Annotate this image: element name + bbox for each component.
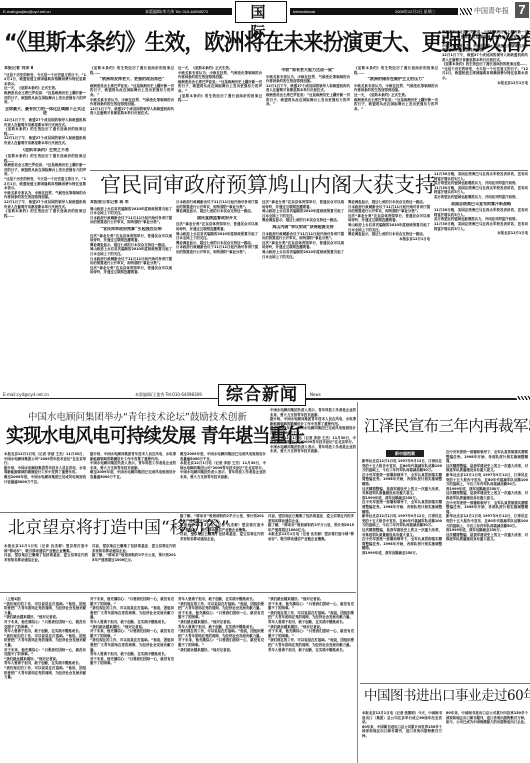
paragraph: 中欧关系专家认为，中欧在经贸、气候变化等领域的合作将因条约的生效而得到加强。: [90, 98, 174, 107]
lisbon-col-4: 中欧“将有更大能力达成一致” 中欧关系专家认为，中欧在经贸、气候变化等领域的合作…: [266, 66, 350, 168]
section-label-en: International: [293, 8, 315, 15]
lisbon-col-6: 欧洲委员会主席巴罗佐说：“这是欧洲历史上翻开新一页的日子，欧盟将从此在国际舞台上…: [442, 30, 528, 168]
japan-col-2: 日本政府行政刷新会议于11月11日起开始对各省厅提出的预算进行公开审议，即所谓的…: [176, 200, 258, 378]
bottom-header-line-right: [306, 398, 516, 400]
paragraph: 截至2009年底，中国水电顾问集团已完成风电规划设计容量逾5000万千瓦。: [180, 452, 266, 461]
paragraph: 12月1日下午，欧盟27个成员国的领导人和欧盟机构负责人在葡萄牙首都里斯本举行庆…: [266, 84, 350, 93]
paragraph: “我们现在的工作，可以说是在打基础。”他说，团组织要把广大青年团结在党的周围，为…: [4, 602, 86, 616]
paragraph: 这次“事业分类”在东京体育馆举行，普通民众可以现场旁听，并通过互联网直播观看。: [90, 266, 172, 275]
paragraph: 新华社北京12月1日电 1997年9月12日，江泽民在党的十五大报告中宣布，在8…: [362, 459, 442, 473]
youth-col-1: （上接1版） “我们现在的工作，可以说是在打基础。”他说，团组织要把广大青年团结…: [4, 597, 86, 763]
paragraph: 12月1日下午，欧盟27个成员国的领导人和欧盟机构负责人在葡萄牙首都里斯本举行庆…: [4, 118, 86, 127]
paragraph: 这次“事业分类”在东京体育馆举行，普通民众可以现场旁听，并通过互联网直播观看。: [262, 200, 344, 209]
paragraph: 本报北京12月1日电（记者 李剑 王杰）11月30日，中国水电顾问集团公司“20…: [4, 452, 86, 466]
paragraph: 目前，望京地区已聚集了包括诺基亚、爱立信等在内的多家知名移动通信企业。: [268, 514, 354, 523]
paragraph: 对于未来，他充满信心：“只要我们团结一心，就没有克服不了的困难。”: [268, 629, 354, 638]
paragraph: 欧洲委员会主席巴罗佐说：“这是欧洲历史上翻开新一页的日子，欧盟将从此在国际舞台上…: [266, 93, 350, 107]
paragraph: 日本政府行政刷新会议于11月11日起开始对各省厅提出的预算进行公开审议，即所谓的…: [90, 257, 172, 266]
book-col-2: 60年来，中国图书进出口总公司累计向世界150多个国家和地区出口图书期刊，进口各…: [446, 711, 528, 763]
paragraph: 在中央军委统一部署和领导下，全军认真贯彻落实精简整编任务。1998年开始，各部队…: [446, 450, 528, 464]
paragraph: 日本政府行政刷新会议于11月11日起开始对各省厅提出的预算进行公开审议，即所谓的…: [176, 245, 258, 254]
paragraph: 中欧关系专家认为，中欧在经贸、气候变化等领域的合作将因条约的生效而得到加强。: [178, 71, 262, 80]
paragraph: “这是个历史的转变，今天是一个历史意义的日子。”12月1日，欧盟轮值主席国瑞典首…: [442, 67, 528, 81]
paragraph: 据介绍，中国水电顾问集团青年技术人员在风电、水电等新能源领域的勘测设计工作中发挥…: [4, 466, 86, 475]
paragraph: 《里斯本条约》的生效经历了漫长而曲折的批准过程……: [90, 66, 174, 75]
book-col-1: 本报北京12月1日电（记者 张黎明）今天，中国图书进出口（集团）总公司在京举行成…: [362, 711, 442, 763]
paragraph: 对于未来，他充满信心：“只要我们团结一心，就没有克服不了的困难。”: [90, 629, 174, 638]
japan-subhead-3: 鸠山内阁“审议财政”获得超高支持: [262, 225, 344, 230]
paragraph: 60年来，中国图书进出口总公司累计向世界150多个国家和地区出口图书期刊，进口各…: [362, 725, 442, 739]
paragraph: 这次精简整编，是我军建设史上的又一次重大改革，对推进军队质量建设具有重大意义。: [446, 491, 528, 500]
jiang-headline: 江泽民宣布三年内再裁军50万: [364, 415, 530, 437]
book-headline: 中国图书进出口事业走过60年: [364, 686, 530, 706]
page-number: 7: [515, 2, 529, 18]
japan-subhead-1: “官民同审政府预算”引起强烈反响: [90, 227, 172, 232]
top-email: E-mail:guojibu@cyd.net.cn: [3, 8, 51, 15]
japan-headline-right: 鸠山内阁大获支持: [268, 172, 436, 198]
lisbon-byline: 本报记者 刘洋 Ⅱ: [4, 66, 86, 71]
hydropower-col-3: 截至2009年底，中国水电顾问集团已完成风电规划设计容量逾5000万千瓦。 本报…: [180, 452, 266, 510]
paragraph: 青年人要勇于担当，敢于创新，在实践中锻炼成长。: [268, 648, 354, 653]
paragraph: 据了解，“移动谷”规划面积约2平方公里，预计到2015年产值将超过1000亿元。: [92, 553, 176, 562]
japan-col-3: 这次“事业分类”在东京体育馆举行，普通民众可以现场旁听，并通过互联网直播观看。 …: [262, 200, 344, 378]
paragraph: 《里斯本条约》的生效经历了漫长而曲折的批准过程……: [4, 209, 86, 218]
paragraph: 据介绍，中国水电顾问集团青年技术人员在风电、水电等新能源领域的勘测设计工作中发挥…: [90, 452, 176, 461]
paragraph: “这是个历史的转变，今天是一个历史意义的日子。”12月1日，欧盟轮值主席国瑞典首…: [4, 177, 86, 191]
paragraph: 12月1日下午，欧盟27个成员国的领导人和欧盟机构负责人在葡萄牙首都里斯本举行庆…: [4, 200, 86, 209]
paragraph: “我们就会越来越好。”他对记者说。: [178, 648, 264, 653]
japan-subhead-2: 国民直接监督政府开支: [176, 216, 258, 221]
paragraph: 鸠山政府上台后首次编制的2010年度财政预算引起了日本全国上下的关注。: [90, 247, 172, 256]
paragraph: 在中央军委统一部署和领导下，全军认真贯彻落实精简整编任务。1998年开始，各部队…: [446, 501, 528, 515]
lisbon-subhead-5: “欧洲的储存在维护主义的压力”: [354, 77, 438, 82]
hydropower-col-2: 据介绍，中国水电顾问集团青年技术人员在风电、水电等新能源领域的勘测设计工作中发挥…: [90, 452, 176, 510]
paragraph: 欧洲委员会主席巴罗佐说：“这是欧洲历史上翻开新一页的日子，欧盟将从此在国际舞台上…: [4, 91, 86, 105]
paragraph: 本报北京12月1日电（记者 李剑 王杰）11月30日，中国水电顾问集团公司“20…: [180, 461, 266, 470]
paragraph: 目前，望京地区已聚集了包括诺基亚、爱立信等在内的多家知名移动通信企业。: [180, 532, 264, 541]
paragraph: 本报北京12月1日电（记者 沈杰群）望京将打造中国“移动谷”，吸引移动通信产业链…: [4, 544, 88, 553]
paragraph: 欧洲委员会主席巴罗佐说：“这是欧洲历史上翻开新一页的日子，欧盟将从此在国际舞台上…: [90, 84, 174, 98]
lisbon-col-5: 《里斯本条约》的生效经历了漫长而曲折的批准过程…… “欧洲的储存在维护主义的压力…: [354, 66, 438, 168]
paragraph: 日本政府行政刷新会议于11月11日起开始对各省厅提出的预算进行公开审议，即所谓的…: [176, 200, 258, 209]
paragraph: 本报北京12月1日电（记者 沈杰群）望京将打造中国“移动谷”，吸引移动通信产业链…: [180, 523, 264, 532]
paragraph: 鸠山政府上台后首次编制的2010年度财政预算引起了日本全国上下的关注。: [262, 250, 344, 259]
bottom-header-line: [0, 398, 218, 399]
paragraph: 这次“事业分类”在东京体育馆举行，普通民众可以现场旁听，并通过互联网直播观看。: [90, 234, 172, 243]
paragraph: 对于未来，他充满信心：“只要我们团结一心，就没有克服不了的困难。”: [178, 638, 264, 647]
paragraph: 欧洲委员会主席巴罗佐说：“这是欧洲历史上翻开新一页的日子，欧盟将从此在国际舞台上…: [178, 80, 262, 94]
lisbon-col-1: 本报记者 刘洋 Ⅱ “这是个历史的转变，今天是一个历史意义的日子。”12月1日，…: [4, 66, 86, 378]
paragraph: 据介绍，中国水电顾问集团青年技术人员在风电、水电等新能源领域的勘测设计工作中发挥…: [270, 417, 356, 426]
paragraph: 据了解，“移动谷”规划面积约2平方公里，预计到2015年产值将超过1000亿元。: [268, 523, 354, 532]
paragraph: 日本政府行政刷新会议于11月11日起开始对各省厅提出的预算进行公开审议，即所谓的…: [348, 205, 430, 214]
paragraph: 这次“事业分类”在东京体育馆举行，普通民众可以现场旁听，并通过互联网直播观看。: [176, 222, 258, 231]
paragraph: 截至2009年底，中国水电顾问集团已完成风电规划设计容量逾5000万千瓦。: [4, 475, 86, 484]
paragraph: 目前，望京地区已聚集了包括诺基亚、爱立信等在内的多家知名移动通信企业。: [4, 553, 88, 562]
hatch-decoration: [460, 8, 472, 15]
paragraph: 如今，公司已成为中国规模最大的出版物进出口企业。: [446, 720, 528, 725]
paragraph: 青年人要勇于担当，敢于创新，在实践中锻炼成长。: [90, 620, 174, 625]
paragraph: 12月1日下午，欧盟27个成员国的领导人和欧盟机构负责人在葡萄牙首都里斯本举行庆…: [442, 53, 528, 62]
paragraph: 中欧关系专家认为，中欧在经贸、气候变化等领域的合作将因条约的生效而得到加强。: [4, 191, 86, 200]
paragraph: 这次精简整编，是我军建设史上的又一次重大改革，对推进军队质量建设具有重大意义。: [362, 528, 442, 537]
paragraph: 日本政府行政刷新会议于11月11日起开始对各省厅提出的预算进行公开审议，即所谓的…: [262, 232, 344, 241]
section-label-international: 国 际: [235, 1, 287, 23]
paragraph: 在中央军委统一部署和领导下，全军认真贯彻落实精简整编任务。1998年开始，各部队…: [362, 500, 442, 514]
japan-credit: 本报东京12月1日电: [348, 237, 430, 242]
paragraph: 中国水电顾问集团负责人表示，青年科技工作者是企业的未来，要大力支持青年技术创新。: [270, 408, 356, 417]
paragraph: 中欧关系专家认为，中欧在经贸、气候变化等领域的合作将因条约的生效而得到加强。: [354, 84, 438, 93]
hydropower-col-1: 本报北京12月1日电（记者 李剑 王杰）11月30日，中国水电顾问集团公司“20…: [4, 452, 86, 510]
jiang-col-2: 在中央军委统一部署和领导下，全军认真贯彻落实精简整编任务。1998年开始，各部队…: [446, 450, 528, 681]
page-date: 2009年12月2日 星期三: [395, 8, 436, 15]
hydropower-headline: 实现水电风电可持续发展 青年堪当重任: [6, 424, 304, 448]
paragraph: 这次精简整编，是我军建设史上的又一次重大改革，对推进军队质量建设具有重大意义。: [446, 533, 528, 542]
paragraph: 到1999年底，我军员额减至250万。: [362, 551, 442, 556]
paragraph: 对于未来，他充满信心：“只要我们团结一心，就没有克服不了的困难。”: [4, 648, 86, 657]
lisbon-subhead-1: 全球最大、最有权力的一体化区域踏下正式迈进: [4, 107, 86, 116]
afghan-credit: 本报北京12月1日电: [434, 231, 528, 236]
paragraph: 欧洲委员会主席巴罗佐说：“这是欧洲历史上翻开新一页的日子，欧盟将从此在国际舞台上…: [442, 30, 528, 44]
paragraph: 这次精简整编，是我军建设史上的又一次重大改革，对推进军队质量建设具有重大意义。: [362, 487, 442, 496]
paragraph: 青年人要勇于担当，敢于创新，在实践中锻炼成长。: [178, 597, 264, 602]
paragraph: “我们现在的工作，可以说是在打基础。”他说，团组织要把广大青年团结在党的周围，为…: [178, 602, 264, 611]
paragraph: 在中央军委统一部署和领导下，全军认真贯彻落实精简整编任务。1998年开始，各部队…: [362, 537, 442, 551]
paragraph: 对于未来，他充满信心：“只要我们团结一心，就没有克服不了的困难。”: [4, 620, 86, 629]
youth-col-2: 对于未来，他充满信心：“只要我们团结一心，就没有克服不了的困难。” “我们现在的…: [90, 597, 174, 763]
paragraph: 对于未来，他充满信心：“只要我们团结一心，就没有克服不了的困难。”: [90, 657, 174, 666]
lisbon-subhead-2: 《里斯本条约》生效之不易: [4, 148, 86, 153]
paragraph: 舆论调查显示，超过七成的日本民众支持这一做法。: [348, 200, 430, 205]
paragraph: 12月1日下午，欧盟27个成员国的领导人和欧盟机构负责人在葡萄牙首都里斯本举行庆…: [90, 107, 174, 116]
column-divider-right: [357, 402, 358, 763]
paragraph: “这是个历史的转变，今天是一个历史意义的日子。”12月1日，欧盟轮值主席国瑞典首…: [4, 73, 86, 87]
paragraph: 中国水电顾问集团负责人表示，青年科技工作者是企业的未来，要大力支持青年技术创新。: [90, 461, 176, 470]
paragraph: 对于未来，他充满信心：“只要我们团结一心，就没有克服不了的困难。”: [90, 597, 174, 606]
section-label-news-en: News: [310, 392, 321, 397]
paragraph: “我们现在的工作，可以说是在打基础。”他说，团组织要把广大青年团结在党的周围，为…: [90, 638, 174, 652]
paragraph: 这次精简整编，是我军建设史上的又一次重大改革，对推进军队质量建设具有重大意义。: [446, 464, 528, 473]
paragraph: 鸠山政府上台后首次编制的2010年度财政预算引起了日本全国上下的关注。: [176, 232, 258, 241]
paragraph: 11月30日晚，美国总统奥巴马在西点军校发表讲话，宣布向阿富汗增兵约3万人。: [434, 208, 528, 217]
paragraph: 中欧关系专家认为，中欧在经贸、气候变化等领域的合作将因条约的生效而得到加强。: [442, 44, 528, 53]
paragraph: 11月30日晚，美国总统奥巴马在西点军校发表讲话，宣布向阿富汗增兵约3万人。: [434, 222, 528, 231]
bottom-editors: 本版编辑/王俊秀 Tel:010-64098309: [135, 392, 202, 398]
paragraph: 鸠山政府上台后首次编制的2010年度财政预算引起了日本全国上下的关注。: [90, 207, 172, 216]
paragraph: 11月30日晚，美国总统奥巴马在西点军校发表讲话，宣布向阿富汗增兵约3万人。: [434, 172, 528, 181]
paragraph: 在中央军委统一部署和领导下，全军认真贯彻落实精简整编任务。1998年开始，各部队…: [362, 473, 442, 487]
youth-col-4: “我们就会越来越好。”他对记者说。 对于未来，他充满信心：“只要我们团结一心，就…: [268, 597, 354, 763]
paragraph: 对于未来，他充满信心：“只要我们团结一心，就没有克服不了的困难。”: [178, 611, 264, 620]
paragraph: 12月1日下午，欧盟27个成员国的领导人和欧盟机构负责人在葡萄牙首都里斯本举行庆…: [4, 136, 86, 145]
paragraph: “我们现在的工作，可以说是在打基础。”他说，团组织要把广大青年团结在党的周围，为…: [4, 634, 86, 648]
paragraph: 11月30日晚，美国总统奥巴马在西点军校发表讲话，宣布向阿富汗增兵约3万人。: [434, 186, 528, 195]
hatch-decoration-bottom: [516, 396, 530, 400]
beijing-col-4: 目前，望京地区已聚集了包括诺基亚、爱立信等在内的多家知名移动通信企业。 据了解，…: [268, 514, 354, 588]
paragraph: 中国水电顾问集团负责人表示，青年科技工作者是企业的未来，要大力支持青年技术创新。: [270, 445, 356, 454]
jiang-col-1: 新华社北京12月1日电 1997年9月12日，江泽民在党的十五大报告中宣布，在8…: [362, 459, 442, 681]
paragraph: 《里斯本条约》的生效经历了漫长而曲折的批准过程……: [4, 154, 86, 163]
paragraph: 鸠山政府上台后首次编制的2010年度财政预算引起了日本全国上下的关注。: [262, 209, 344, 218]
paragraph: 中国水电顾问集团负责人表示，青年科技工作者是企业的未来，要大力支持青年技术创新。: [180, 470, 266, 479]
archive-tag: 新中国档案: [386, 450, 424, 457]
divider-beijing-youth: [0, 592, 356, 593]
paragraph: 目前，望京地区已聚集了包括诺基亚、爱立信等在内的多家知名移动通信企业。: [92, 544, 176, 553]
paragraph: 《里斯本条约》的生效经历了漫长而曲折的批准过程……: [354, 66, 438, 75]
beijing-col-1: 本报北京12月1日电（记者 沈杰群）望京将打造中国“移动谷”，吸引移动通信产业链…: [4, 544, 88, 588]
youth-col-3: 青年人要勇于担当，敢于创新，在实践中锻炼成长。 “我们现在的工作，可以说是在打基…: [178, 597, 264, 763]
paper-logo: 中国青年报: [474, 6, 509, 16]
paragraph: 舆论调查显示，超过七成的日本民众支持这一做法。: [176, 209, 258, 214]
lisbon-credit: 本报北京12月1日电: [442, 81, 528, 86]
paragraph: “我们现在的工作，可以说是在打基础。”他说，团组织要把广大青年团结在党的周围，为…: [178, 629, 264, 638]
paragraph: 舆论调查显示，超过七成的日本民众支持这一做法。: [262, 218, 344, 223]
japan-headline-left: 官民同审政府预算: [100, 172, 268, 198]
afghan-subhead: 美国总统奥巴马宣布阿富汗新战略: [434, 202, 528, 207]
beijing-col-2: 目前，望京地区已聚集了包括诺基亚、爱立信等在内的多家知名移动通信企业。 据了解，…: [92, 544, 176, 588]
paragraph: 截至2009年底，中国水电顾问集团已完成风电规划设计容量逾5000万千瓦。: [270, 426, 356, 435]
beijing-col-3: 据了解，“移动谷”规划面积约2平方公里，预计到2015年产值将超过1000亿元。…: [180, 514, 264, 588]
paragraph: 新华社北京12月1日电 1997年9月12日，江泽民在党的十五大报告中宣布，在8…: [446, 473, 528, 487]
paragraph: 本报北京12月1日电（记者 李剑 王杰）11月30日，中国水电顾问集团公司“20…: [270, 436, 356, 445]
hydropower-col-4: 中国水电顾问集团负责人表示，青年科技工作者是企业的未来，要大力支持青年技术创新。…: [270, 408, 356, 510]
paragraph: 据了解，“移动谷”规划面积约2平方公里，预计到2015年产值将超过1000亿元。: [180, 514, 264, 523]
lisbon-subhead-4: 中欧“将有更大能力达成一致”: [266, 68, 350, 73]
section-label-news: 综合新闻: [218, 384, 306, 406]
paragraph: 《里斯本条约》的生效经历了漫长而曲折的批准过程……: [4, 127, 86, 136]
paragraph: 本报北京12月1日电（记者 沈杰群）望京将打造中国“移动谷”，吸引移动通信产业链…: [268, 532, 354, 541]
paragraph: “我们现在的工作，可以说是在打基础。”他说，团组织要把广大青年团结在党的周围，为…: [4, 666, 86, 680]
paragraph: 这次“事业分类”在东京体育馆举行，普通民众可以现场旁听，并通过互联网直播观看。: [348, 214, 430, 223]
paragraph: 《里斯本条约》的生效经历了漫长而曲折的批准过程……: [178, 94, 262, 103]
paragraph: 本报北京12月1日电（记者 张黎明）今天，中国图书进出口（集团）总公司在京举行成…: [362, 711, 442, 725]
top-editors: 本版编辑/李大伟 Tel: 010-64098272: [145, 8, 208, 15]
hydropower-kicker: 中国水电顾问集团举办“青年技术论坛”鼓励技术创新: [28, 409, 247, 423]
paragraph: “我们现在的工作，可以说是在打基础。”他说，团组织要把广大青年团结在党的周围，为…: [90, 606, 174, 620]
paragraph: 日本政府行政刷新会议于11月11日起开始对各省厅提出的预算进行公开审议，即所谓的…: [90, 216, 172, 225]
lisbon-col-2: 《里斯本条约》的生效经历了漫长而曲折的批准过程…… “欧洲将发挥更大、更强的政治…: [90, 66, 174, 168]
bottom-email: E-mail:cyd@cyd.net.cn: [3, 392, 49, 397]
lisbon-col-3: 这一天，《里斯本条约》正式生效。 中欧关系专家认为，中欧在经贸、气候变化等领域的…: [178, 66, 262, 168]
paragraph: 中欧关系专家认为，中欧在经贸、气候变化等领域的合作将因条约的生效而得到加强。: [266, 75, 350, 84]
paragraph: 截至2009年底，中国水电顾问集团已完成风电规划设计容量逾5000万千瓦。: [90, 470, 176, 479]
divider-jiang-book: [360, 683, 530, 684]
paragraph: 新华社北京12月1日电 1997年9月12日，江泽民在党的十五大报告中宣布，在8…: [362, 514, 442, 528]
divider-hydropower-beijing: [0, 512, 356, 513]
paragraph: 鸠山政府上台后首次编制的2010年度财政预算引起了日本全国上下的关注。: [348, 223, 430, 232]
paragraph: 欧洲委员会主席巴罗佐说：“这是欧洲历史上翻开新一页的日子，欧盟将从此在国际舞台上…: [4, 163, 86, 177]
lisbon-subhead-3: “欧洲将发挥更大、更强的政治角色”: [90, 77, 174, 82]
paragraph: 美方希望北约盟国也能增派兵力，共同应对阿富汗局势。: [434, 195, 528, 200]
japan-col-4: 舆论调查显示，超过七成的日本民众支持这一做法。 日本政府行政刷新会议于11月11…: [348, 200, 430, 378]
japan-col-1: 本报驻日本记者 蒋 军 鸠山政府上台后首次编制的2010年度财政预算引起了日本全…: [90, 200, 172, 378]
paragraph: 青年人要勇于担当，敢于创新，在实践中锻炼成长。: [268, 620, 354, 625]
paragraph: 欧洲委员会主席巴罗佐说：“这是欧洲历史上翻开新一页的日子，欧盟将从此在国际舞台上…: [354, 98, 438, 112]
paragraph: 这次“事业分类”在东京体育馆举行，普通民众可以现场旁听，并通过互联网直播观看。: [262, 241, 344, 250]
japan-byline: 本报驻日本记者 蒋 军: [90, 200, 172, 205]
paragraph: “我们现在的工作，可以说是在打基础。”他说，团组织要把广大青年团结在党的周围，为…: [268, 638, 354, 647]
paragraph: 新华社北京12月1日电 1997年9月12日，江泽民在党的十五大报告中宣布，在8…: [446, 514, 528, 528]
paragraph: 对于未来，他充满信心：“只要我们团结一心，就没有克服不了的困难。”: [268, 602, 354, 611]
paragraph: 60年来，中国图书进出口总公司累计向世界150多个国家和地区出口图书期刊，进口各…: [446, 711, 528, 720]
paragraph: “我们现在的工作，可以说是在打基础。”他说，团组织要把广大青年团结在党的周围，为…: [268, 611, 354, 620]
afghan-sidebar: 11月30日晚，美国总统奥巴马在西点军校发表讲话，宣布向阿富汗增兵约3万人。 美…: [434, 172, 528, 378]
